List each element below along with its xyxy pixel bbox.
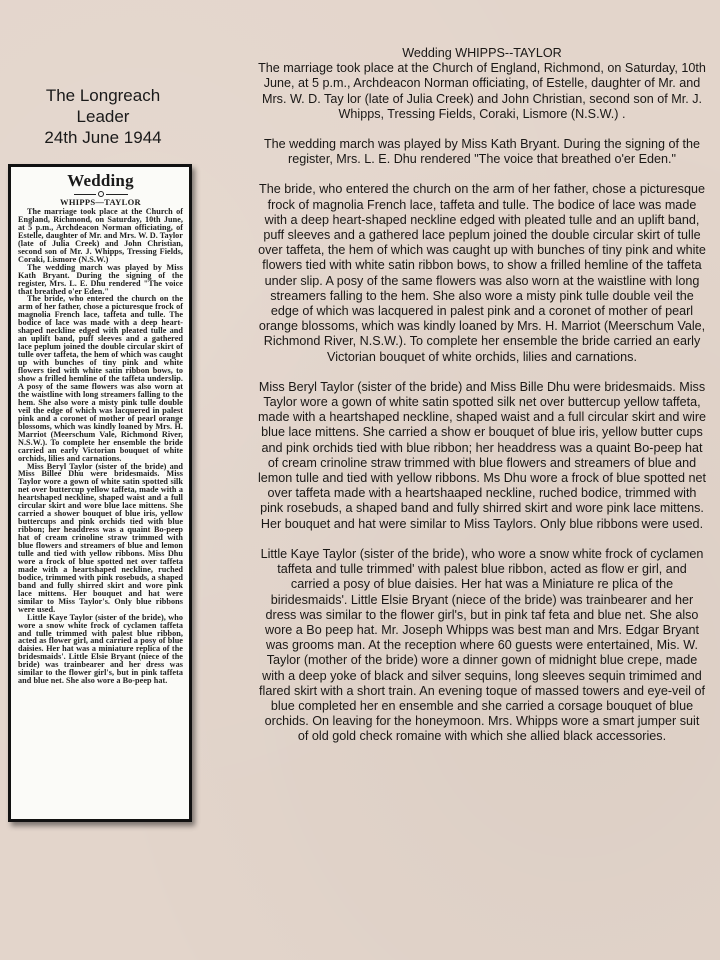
transcription-paragraph: The bride, who entered the church on the… <box>258 182 706 364</box>
transcription-paragraph: Little Kaye Taylor (sister of the bride)… <box>258 547 706 745</box>
transcription-paragraph: The wedding march was played by Miss Kat… <box>258 137 706 167</box>
clipping-heading: Wedding <box>18 172 183 190</box>
transcription-title: Wedding WHIPPS--TAYLOR <box>258 46 706 61</box>
clipping-paragraph: The marriage took place at the Church of… <box>18 208 183 264</box>
clipping-paragraph: The wedding march was played by Miss Kat… <box>18 264 183 296</box>
clipping-paragraph: Little Kaye Taylor (sister of the bride)… <box>18 614 183 686</box>
newspaper-clipping: Wedding WHIPPS—TAYLOR The marriage took … <box>8 164 192 822</box>
newspaper-masthead: The Longreach Leader 24th June 1944 <box>18 85 188 148</box>
newspaper-name-line2: Leader <box>18 106 188 127</box>
transcription: Wedding WHIPPS--TAYLOR The marriage took… <box>258 46 706 760</box>
clipping-subheading: WHIPPS—TAYLOR <box>18 198 183 207</box>
clipping-paragraph: The bride, who entered the church on the… <box>18 295 183 462</box>
clipping-paragraph: Miss Beryl Taylor (sister of the bride) … <box>18 463 183 614</box>
transcription-paragraph: The marriage took place at the Church of… <box>258 61 706 122</box>
publication-date: 24th June 1944 <box>18 127 188 148</box>
transcription-paragraph: Miss Beryl Taylor (sister of the bride) … <box>258 380 706 532</box>
newspaper-name-line1: The Longreach <box>18 85 188 106</box>
